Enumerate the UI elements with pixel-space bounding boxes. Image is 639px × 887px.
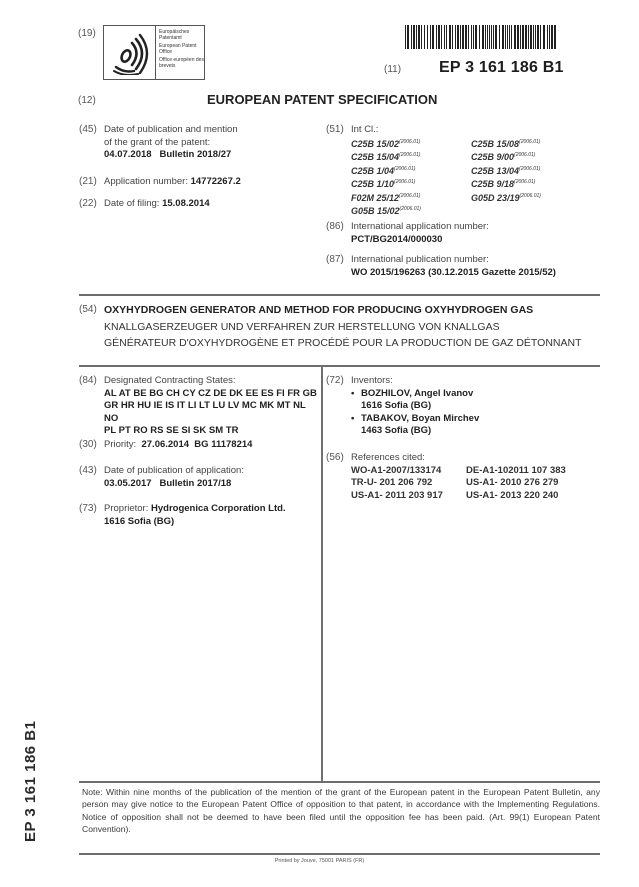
ipc-class: F02M 25/12(2006.01) (351, 191, 471, 205)
inventor-item: BOZHILOV, Angel Ivanov 1616 Sofia (BG) (361, 388, 606, 413)
proprietor-name: Hydrogenica Corporation Ltd. (151, 503, 286, 514)
document-title: EUROPEAN PATENT SPECIFICATION (207, 92, 437, 107)
title-de: KNALLGASERZEUGER UND VERFAHREN ZUR HERST… (104, 321, 609, 334)
office-name-fr: Office européen des brevets (159, 58, 204, 69)
title-fr: GÉNÉRATEUR D'OXYHYDROGÈNE ET PROCÉDÉ POU… (104, 337, 609, 350)
grant-date: 04.07.2018 (104, 149, 152, 160)
references-list: WO-A1-2007/133174DE-A1-102011 107 383TR-… (351, 465, 606, 503)
priority-value: 27.06.2014 BG 11178214 (141, 439, 252, 450)
reference-item: US-A1- 2013 220 240 (466, 490, 606, 503)
ipc-class: C25B 1/04(2006.01) (351, 164, 471, 178)
grant-bulletin: Bulletin 2018/27 (159, 149, 231, 160)
ipc-class: C25B 15/08(2006.01) (471, 137, 591, 151)
office-code-number: (19) (78, 28, 96, 39)
divider (79, 781, 600, 783)
divider (79, 365, 600, 367)
publication-number-code: (11) (384, 64, 401, 75)
application-number: 14772267.2 (191, 176, 241, 187)
ipc-class: C25B 13/04(2006.01) (471, 164, 591, 178)
reference-item: WO-A1-2007/133174 (351, 465, 466, 478)
epo-logo-icon (110, 31, 150, 75)
field-22-filing-date: (22) Date of filing: 15.08.2014 (79, 198, 309, 211)
ipc-class: G05B 15/02(2006.01) (351, 204, 471, 218)
ipc-class: C25B 9/18(2006.01) (471, 177, 591, 191)
column-divider (321, 365, 323, 782)
epo-logo: Europäisches Patentamt European Patent O… (103, 25, 205, 80)
ipc-class: C25B 15/02(2006.01) (351, 137, 471, 151)
intl-publication-number: WO 2015/196263 (30.12.2015 Gazette 2015/… (351, 267, 626, 280)
ipc-class: C25B 15/04(2006.01) (351, 150, 471, 164)
field-51-int-cl: (51) Int Cl.: C25B 15/02(2006.01)C25B 15… (326, 124, 616, 218)
ipc-class-list: C25B 15/02(2006.01)C25B 15/08(2006.01)C2… (351, 137, 616, 218)
reference-item: US-A1- 2010 276 279 (466, 477, 606, 490)
title-en: OXYHYDROGEN GENERATOR AND METHOD FOR PRO… (104, 304, 609, 317)
field-30-priority: (30) Priority: 27.06.2014 BG 11178214 (79, 439, 319, 452)
doc-type-code: (12) (78, 95, 96, 106)
field-45-grant-date: (45) Date of publication and mention of … (79, 124, 309, 162)
reference-item: DE-A1-102011 107 383 (466, 465, 606, 478)
field-43-application-publication: (43) Date of publication of application:… (79, 465, 319, 490)
divider (79, 853, 600, 855)
field-86-intl-application: (86) International application number: P… (326, 221, 616, 246)
field-84-designated-states: (84) Designated Contracting States: AL A… (79, 375, 319, 438)
field-73-proprietor: (73) Proprietor: Hydrogenica Corporation… (79, 503, 319, 528)
ipc-class: C25B 9/00(2006.01) (471, 150, 591, 164)
publication-number: EP 3 161 186 B1 (439, 59, 564, 77)
field-21-application-number: (21) Application number: 14772267.2 (79, 176, 309, 189)
reference-item: US-A1- 2011 203 917 (351, 490, 466, 503)
field-87-intl-publication: (87) International publication number: W… (326, 254, 626, 279)
field-72-inventors: (72) Inventors: BOZHILOV, Angel Ivanov 1… (326, 375, 606, 438)
field-54-title: (54) OXYHYDROGEN GENERATOR AND METHOD FO… (79, 304, 609, 350)
ipc-class: G05D 23/19(2006.01) (471, 191, 591, 205)
office-name-de: Europäisches Patentamt (159, 30, 204, 41)
ipc-class: C25B 1/10(2006.01) (351, 177, 471, 191)
office-name-en: European Patent Office (159, 44, 204, 55)
filing-date: 15.08.2014 (162, 198, 210, 209)
barcode-icon (405, 25, 560, 49)
application-publication-date: 03.05.2017 (104, 478, 152, 489)
reference-item: TR-U- 201 206 792 (351, 477, 466, 490)
divider (79, 294, 600, 296)
inventor-item: TABAKOV, Boyan Mirchev 1463 Sofia (BG) (361, 413, 606, 438)
intl-application-number: PCT/BG2014/000030 (351, 234, 616, 247)
field-56-references: (56) References cited: WO-A1-2007/133174… (326, 452, 606, 502)
opposition-note: Note: Within nine months of the publicat… (82, 786, 600, 835)
side-publication-number: EP 3 161 186 B1 (22, 721, 39, 842)
printer-imprint: Printed by Jouve, 75001 PARIS (FR) (0, 858, 639, 864)
